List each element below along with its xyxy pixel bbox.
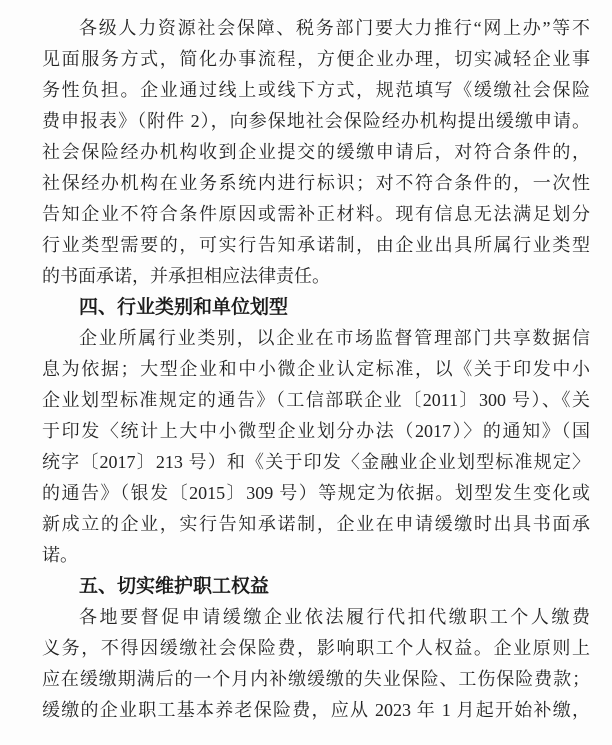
text-line: 义务，不得因缓缴社会保险费，影响职工个人权益。企业原则上	[42, 633, 590, 664]
text-line: 企业划型标准规定的通告》（工信部联企业〔2011〕300 号）、《关	[42, 385, 590, 416]
text-line: 告知企业不符合条件原因或需补正材料。现有信息无法满足划分	[42, 199, 590, 230]
text-line: 各级人力资源社会保障、税务部门要大力推行“网上办”等不	[42, 13, 590, 44]
section-heading: 五、切实维护职工权益	[42, 571, 590, 602]
text-line: 应在缓缴期满后的一个月内补缴缓缴的失业保险、工伤保险费款；	[42, 664, 590, 695]
text-line: 社会保险经办机构收到企业提交的缓缴申请后，对符合条件的，	[42, 137, 590, 168]
text-line: 务性负担。企业通过线上或线下方式，规范填写《缓缴社会保险	[42, 75, 590, 106]
text-line: 缓缴的企业职工基本养老保险费，应从 2023 年 1 月起开始补缴，	[42, 695, 590, 726]
text-line: 于印发〈统计上大中小微型企业划分办法（2017）〉的通知》（国	[42, 416, 590, 447]
text-line: 统字〔2017〕213 号）和《关于印发〈金融业企业划型标准规定〉	[42, 447, 590, 478]
section-heading: 四、行业类别和单位划型	[42, 292, 590, 323]
text-line: 诺。	[42, 540, 590, 571]
text-line: 企业所属行业类别，以企业在市场监督管理部门共享数据信	[42, 323, 590, 354]
text-line: 社保经办机构在业务系统内进行标识；对不符合条件的，一次性	[42, 168, 590, 199]
text-line: 各地要督促申请缓缴企业依法履行代扣代缴职工个人缴费	[42, 602, 590, 633]
document-page: 各级人力资源社会保障、税务部门要大力推行“网上办”等不见面服务方式，简化办事流程…	[0, 0, 612, 745]
text-line: 的书面承诺，并承担相应法律责任。	[42, 261, 590, 292]
document-text-column: 各级人力资源社会保障、税务部门要大力推行“网上办”等不见面服务方式，简化办事流程…	[42, 13, 590, 726]
text-line: 息为依据；大型企业和中小微企业认定标准，以《关于印发中小	[42, 354, 590, 385]
text-line: 行业类型需要的，可实行告知承诺制，由企业出具所属行业类型	[42, 230, 590, 261]
text-line: 新成立的企业，实行告知承诺制，企业在申请缓缴时出具书面承	[42, 509, 590, 540]
text-line: 见面服务方式，简化办事流程，方便企业办理，切实减轻企业事	[42, 44, 590, 75]
text-line: 费申报表》（附件 2），向参保地社会保险经办机构提出缓缴申请。	[42, 106, 590, 137]
text-line: 的通告》（银发〔2015〕309 号）等规定为依据。划型发生变化或	[42, 478, 590, 509]
